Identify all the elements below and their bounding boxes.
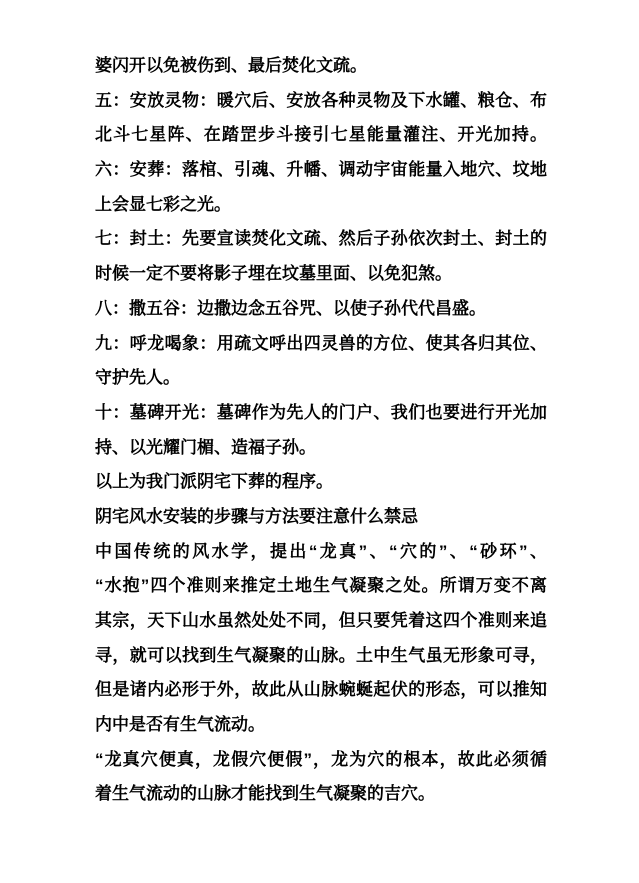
text-line: 内中是否有生气流动。 [95,708,547,743]
text-line: 时候一定不要将影子埋在坟墓里面、以免犯煞。 [95,257,547,292]
text-line: 但是诸内必形于外，故此从山脉蜿蜒起伏的形态，可以推知 [95,673,547,708]
text-line: 守护先人。 [95,361,547,396]
text-line: 六：安葬：落棺、引魂、升幡、调动宇宙能量入地穴、坟地 [95,153,547,188]
text-line: 寻，就可以找到生气凝聚的山脉。土中生气虽无形象可寻， [95,639,547,674]
text-line: 七：封土：先要宣读焚化文疏、然后子孙依次封土、封土的 [95,222,547,257]
text-line: 婆闪开以免被伤到、最后焚化文疏。 [95,49,547,84]
text-line: 八：撒五谷：边撒边念五谷咒、以使子孙代代昌盛。 [95,292,547,327]
text-line: 中国传统的风水学，提出“龙真”、“穴的”、“砂环”、 [95,535,547,570]
text-line: “水抱”四个准则来推定土地生气凝聚之处。所谓万变不离 [95,569,547,604]
text-line: 五：安放灵物：暖穴后、安放各种灵物及下水罐、粮仓、布 [95,84,547,119]
section-heading-line: 阴宅风水安装的步骤与方法要注意什么禁忌 [95,500,547,535]
document-page: 婆闪开以免被伤到、最后焚化文疏。 五：安放灵物：暖穴后、安放各种灵物及下水罐、粮… [0,0,639,883]
text-line: 持、以光耀门楣、造福子孙。 [95,431,547,466]
text-line: “龙真穴便真，龙假穴便假”，龙为穴的根本，故此必须循 [95,743,547,778]
text-line: 北斗七星阵、在踏罡步斗接引七星能量灌注、开光加持。 [95,118,547,153]
text-line: 着生气流动的山脉才能找到生气凝聚的吉穴。 [95,777,547,812]
body-text: 婆闪开以免被伤到、最后焚化文疏。 五：安放灵物：暖穴后、安放各种灵物及下水罐、粮… [95,49,547,812]
text-line: 九：呼龙喝象：用疏文呼出四灵兽的方位、使其各归其位、 [95,327,547,362]
text-line: 上会显七彩之光。 [95,188,547,223]
text-line: 其宗，天下山水虽然处处不同，但只要凭着这四个准则来追 [95,604,547,639]
text-line: 十：墓碑开光：墓碑作为先人的门户、我们也要进行开光加 [95,396,547,431]
text-line: 以上为我门派阴宅下葬的程序。 [95,465,547,500]
